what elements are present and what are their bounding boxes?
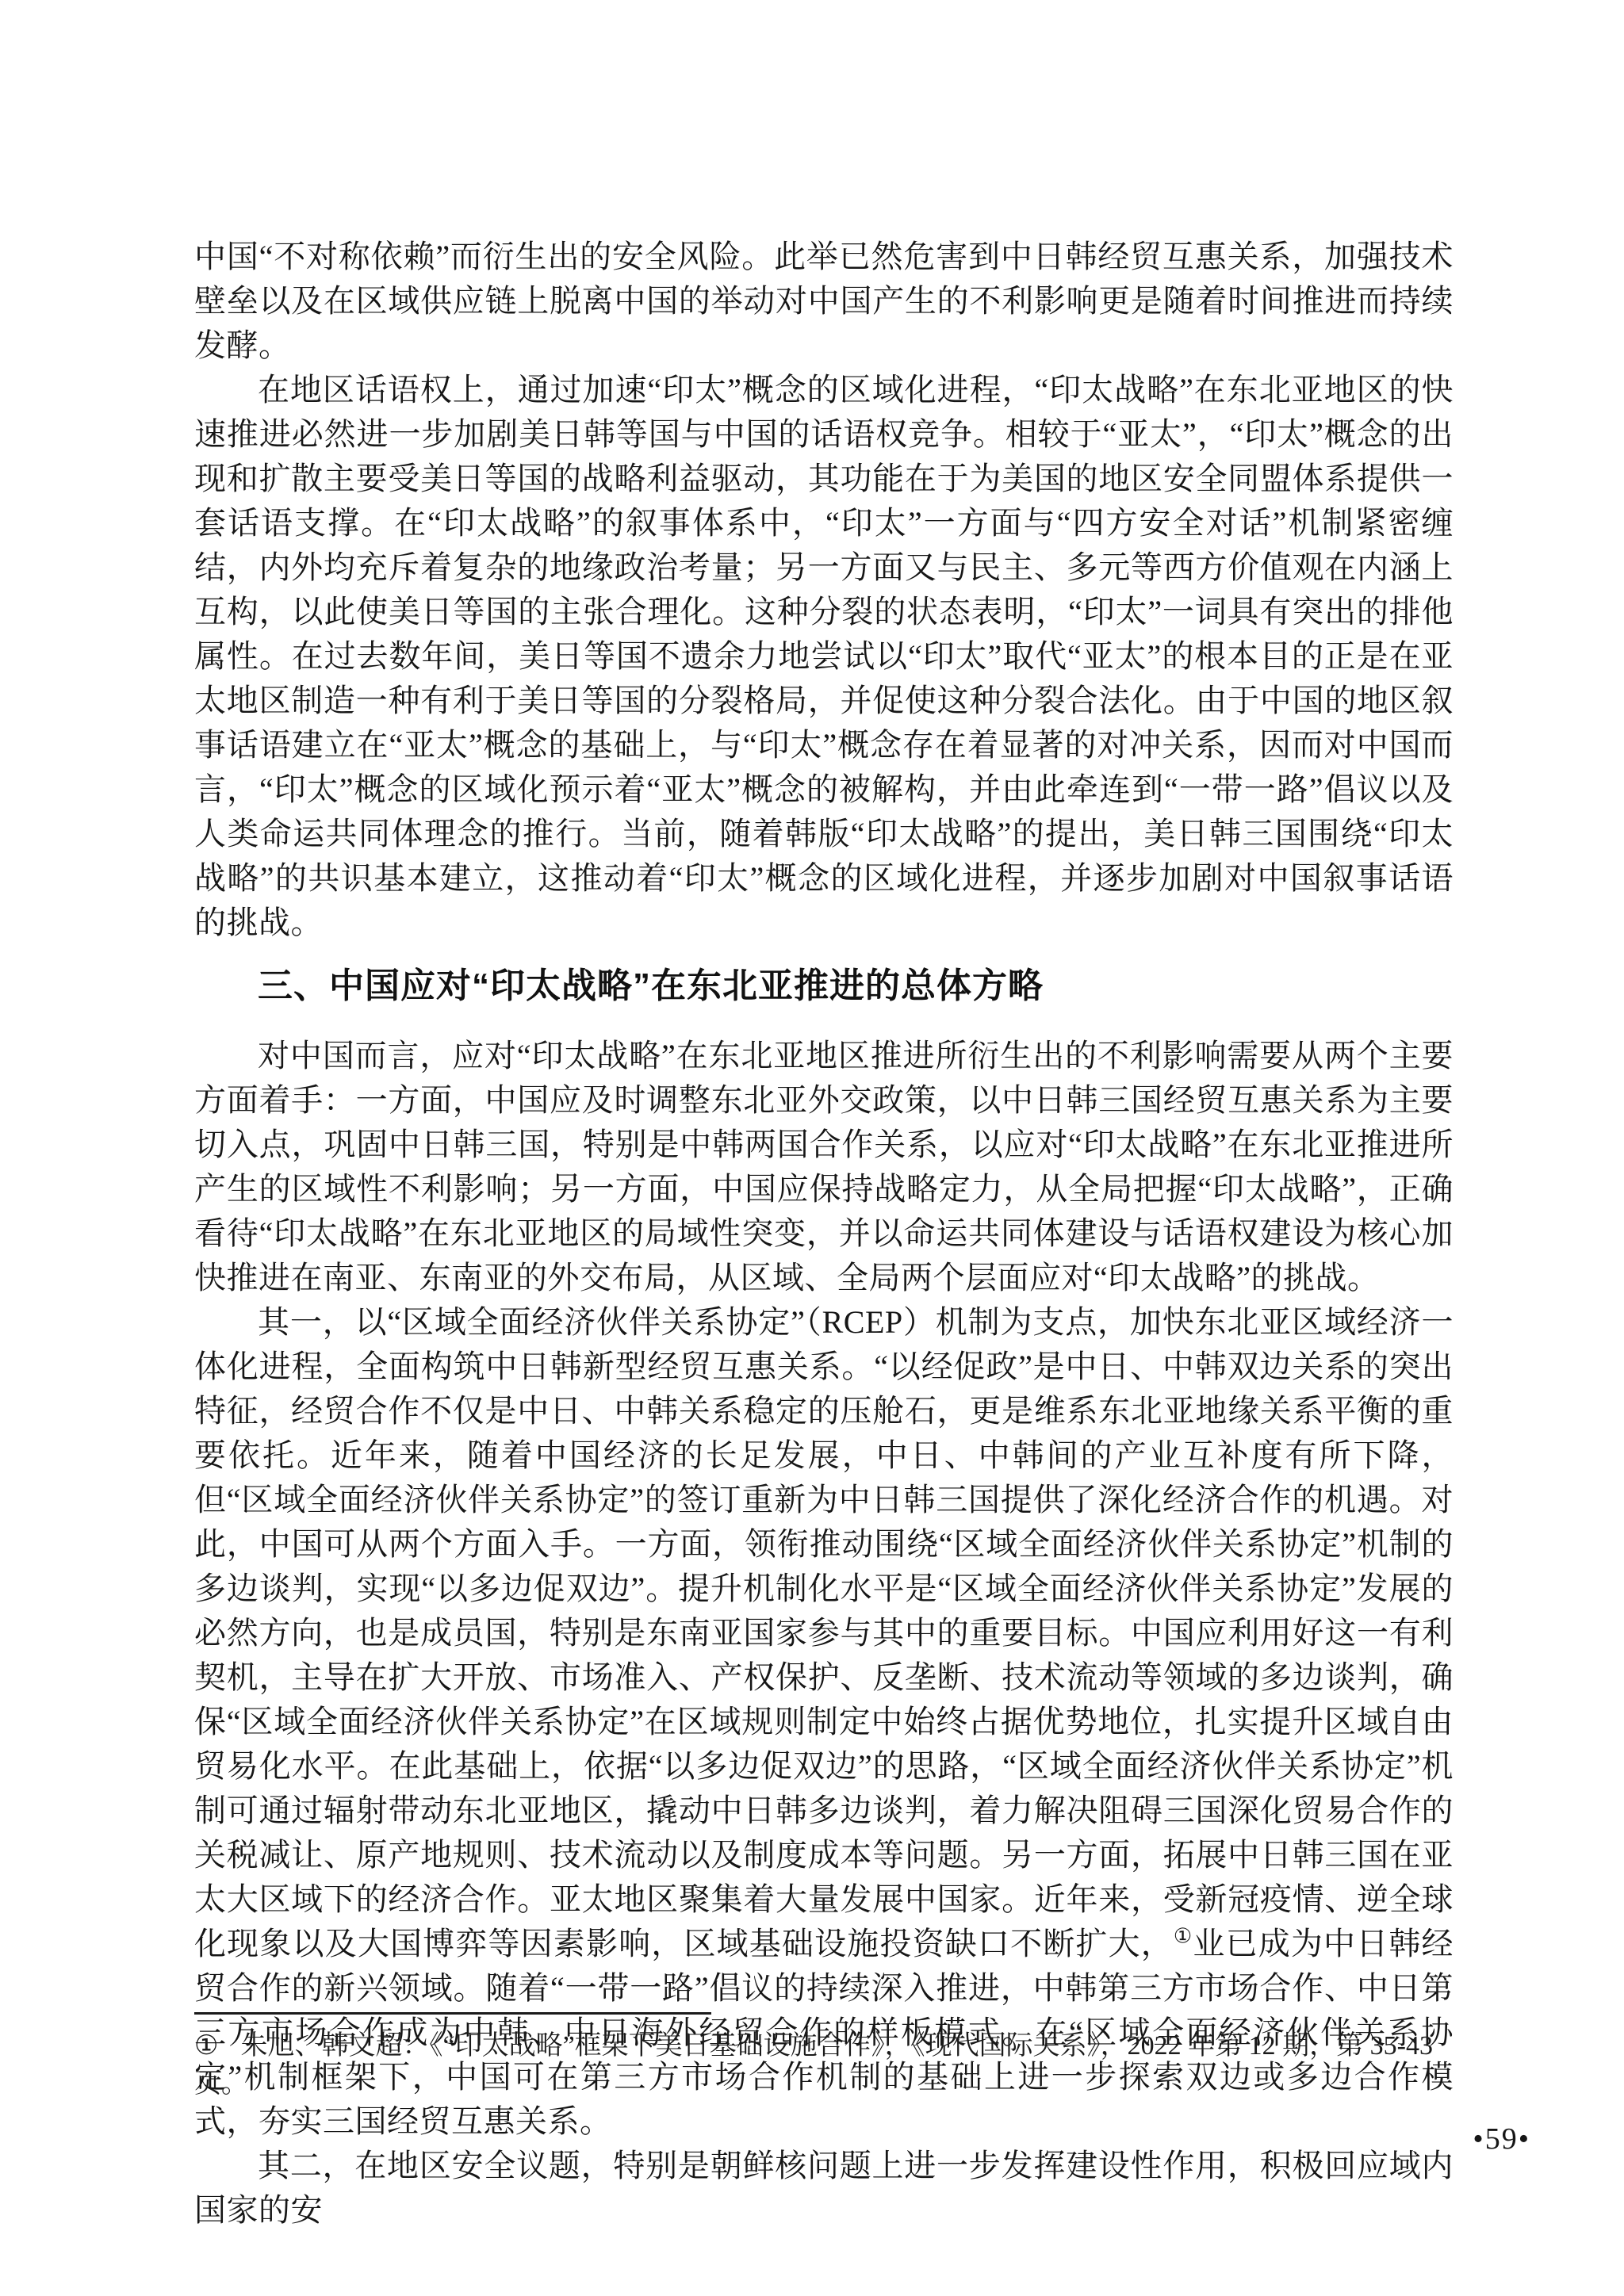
footnote-text: 朱旭、韩文超：《“印太战略”框架下美日基础设施合作》，《现代国际关系》，2022… (194, 2031, 1433, 2099)
paragraph-discourse-power: 在地区话语权上，通过加速“印太”概念的区域化进程，“印太战略”在东北亚地区的快速… (194, 368, 1454, 945)
document-page: 中国“不对称依赖”而衍生出的安全风险。此举已然危害到中日韩经贸互惠关系，加强技术… (0, 0, 1624, 2296)
footnote-number: ① (194, 2031, 218, 2061)
paragraph-overall-strategy: 对中国而言，应对“印太战略”在东北亚地区推进所衍生出的不利影响需要从两个主要方面… (194, 1034, 1454, 1300)
section-heading-three: 三、中国应对“印太战略”在东北亚推进的总体方略 (194, 962, 1454, 1010)
footnote-divider (194, 2012, 711, 2015)
footnote-section: ①朱旭、韩文超：《“印太战略”框架下美日基础设施合作》，《现代国际关系》，202… (194, 2012, 1454, 2103)
article-body: 中国“不对称依赖”而衍生出的安全风险。此举已然危害到中日韩经贸互惠关系，加强技术… (194, 235, 1454, 2233)
paragraph-continuation: 中国“不对称依赖”而衍生出的安全风险。此举已然危害到中日韩经贸互惠关系，加强技术… (194, 235, 1454, 368)
footnote-entry: ①朱旭、韩文超：《“印太战略”框架下美日基础设施合作》，《现代国际关系》，202… (194, 2027, 1454, 2103)
paragraph-rcep-text-before: 其一，以“区域全面经济伙伴关系协定”（RCEP）机制为支点，加快东北亚区域经济一… (194, 1304, 1454, 1961)
page-number: •59• (1473, 2122, 1530, 2156)
inline-footnote-marker: ① (1174, 1925, 1193, 1948)
paragraph-security-issues: 其二，在地区安全议题，特别是朝鲜核问题上进一步发挥建设性作用，积极回应域内国家的… (194, 2144, 1454, 2233)
